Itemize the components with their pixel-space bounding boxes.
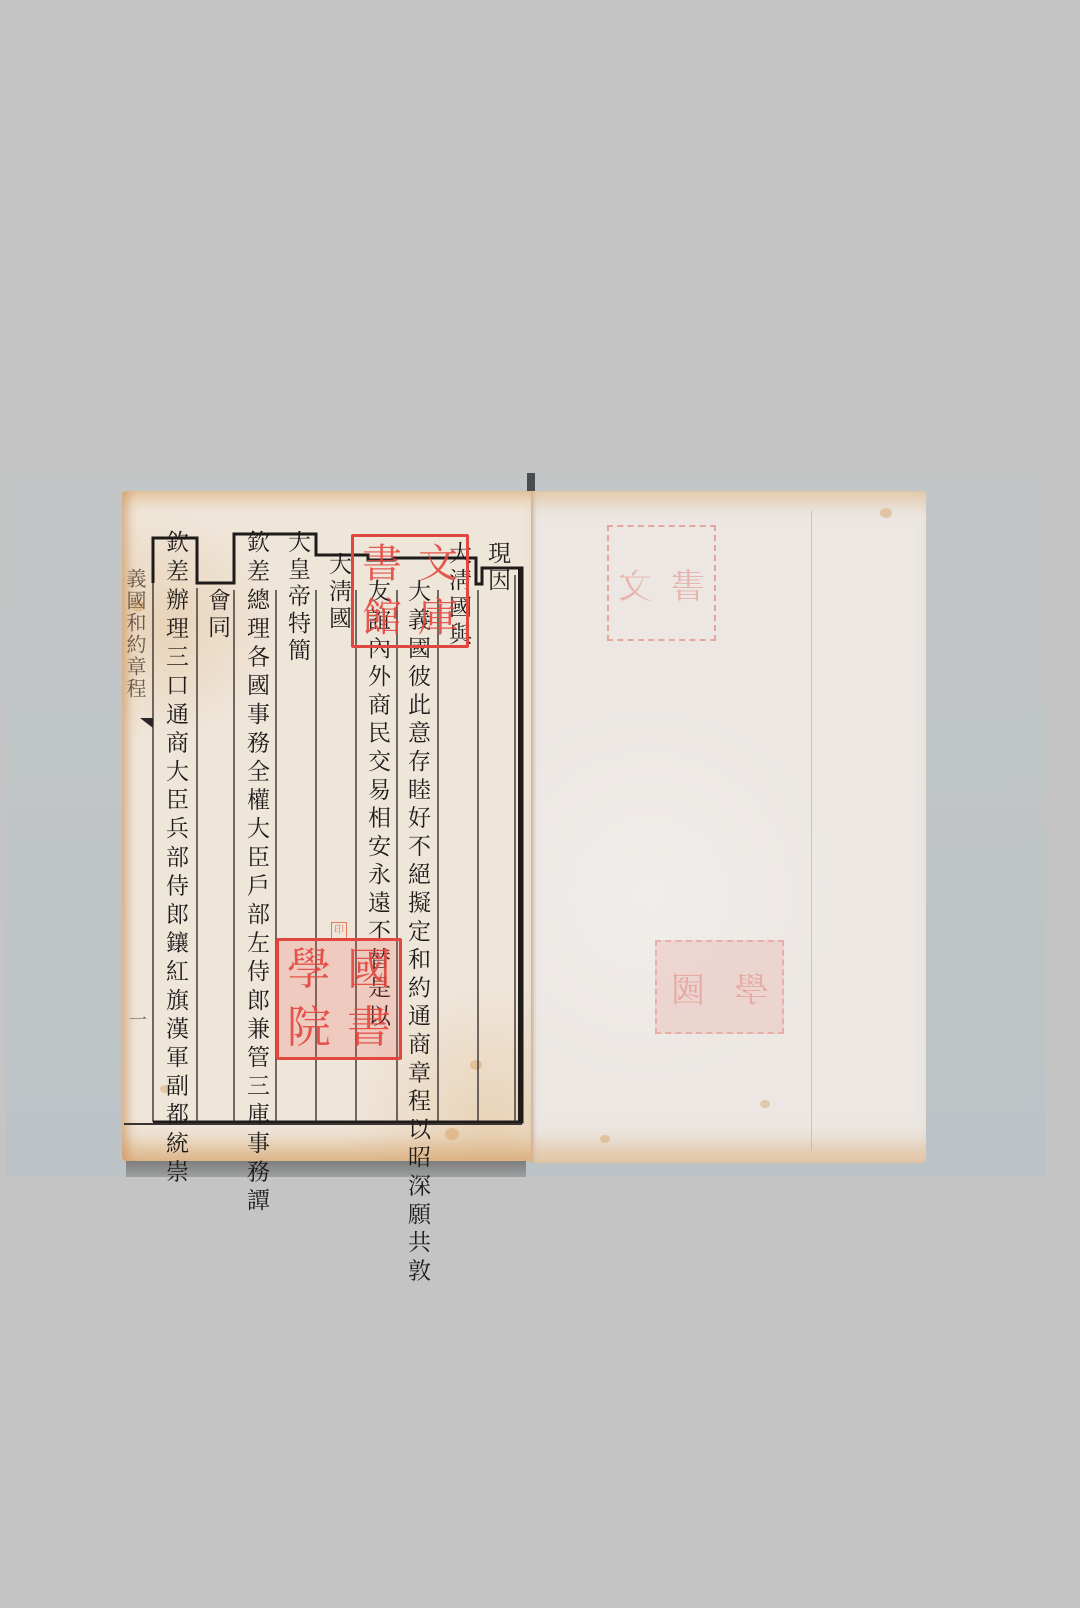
stain — [880, 508, 892, 518]
fold-line — [811, 511, 812, 1151]
text-column-8: 會同 — [204, 588, 230, 642]
seal-char: 館 — [362, 598, 402, 638]
stain — [760, 1100, 770, 1108]
text-column-3: 大義國彼此意存睦好不絕擬定和約通商章程以昭深願共敦 — [404, 579, 430, 1287]
seal-char: 書 — [362, 544, 402, 584]
seal-show-through-top: 文 書 — [607, 525, 716, 641]
collector-seal-top: 書 文 館 庫 — [351, 534, 469, 648]
collector-seal-bottom: 學 國 院 書 — [276, 938, 402, 1060]
stain — [445, 1128, 459, 1140]
seal-char: 文 — [418, 544, 458, 584]
text-column-9: 欽差辦理三口通商大臣兵部侍郎鑲紅旗漢軍副都統崇 — [162, 530, 188, 1188]
text-column-1: 現因 — [484, 541, 510, 595]
text-column-5: 大淸國 — [325, 552, 351, 633]
ghost-char: 書 — [671, 559, 705, 608]
seal-show-through-bottom: 國 學 — [655, 940, 784, 1034]
margin-title: 義國和約章程 — [121, 568, 150, 700]
page-number: 一 — [123, 1010, 149, 1028]
seal-char: 書 — [347, 1006, 391, 1050]
seal-char: 庫 — [418, 598, 458, 638]
ghost-char: 學 — [734, 963, 768, 1012]
seal-char: 院 — [287, 1006, 331, 1050]
seal-char: 學 — [287, 948, 331, 992]
stain — [470, 1060, 482, 1070]
stain — [600, 1135, 610, 1143]
right-page — [531, 491, 926, 1163]
seal-char: 國 — [347, 948, 391, 992]
ghost-char: 國 — [671, 963, 705, 1012]
text-column-7: 欽差總理各國事務全權大臣戶部左侍郎兼管三庫事務譚 — [243, 530, 269, 1216]
ghost-char: 文 — [618, 559, 652, 608]
text-column-6: 大皇帝特簡 — [284, 530, 310, 665]
